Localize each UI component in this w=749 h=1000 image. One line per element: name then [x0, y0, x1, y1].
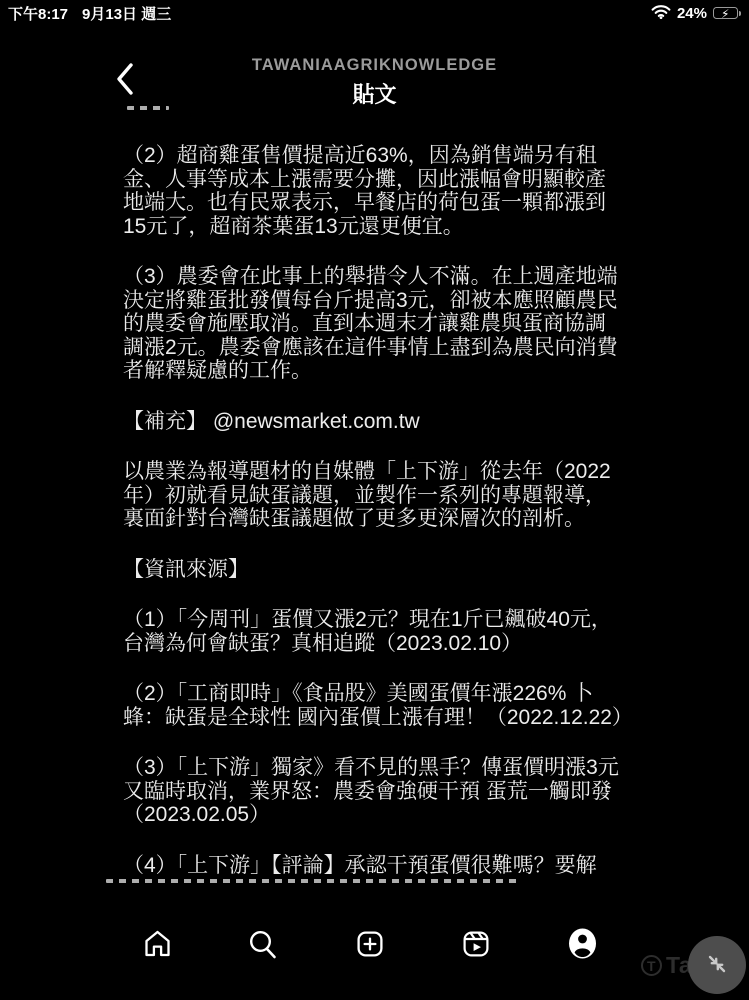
- nav-create-button[interactable]: [353, 928, 387, 962]
- post-paragraph: （3）農委會在此事上的舉措令人不滿。在上週產地端決定將雞蛋批發價每台斤提高3元，…: [123, 265, 626, 383]
- battery-percent: 24%: [677, 5, 707, 22]
- bottom-nav: [104, 912, 645, 1000]
- status-date: 9月13日 週三: [82, 3, 171, 24]
- charging-bolt-icon: ⚡: [721, 7, 729, 21]
- header-username: TAWANIAAGRIKNOWLEDGE: [104, 56, 645, 75]
- create-post-icon: [354, 928, 386, 963]
- post-paragraph: （1）「今周刊」蛋價又漲2元？現在1斤已飆破40元，台灣為何會缺蛋？真相追蹤（2…: [123, 608, 626, 655]
- chevron-left-icon: [115, 62, 135, 99]
- status-bar: 下午8:17 9月13日 週三 24% ⚡: [0, 0, 749, 24]
- nav-profile-button[interactable]: [565, 928, 599, 962]
- tasker-logo-icon: T: [641, 955, 662, 976]
- app-column: TAWANIAAGRIKNOWLEDGE 貼文 （2）超商雞蛋售價提高近63%，…: [104, 24, 645, 1000]
- profile-icon: [566, 926, 599, 964]
- collapse-button[interactable]: [688, 936, 746, 994]
- post-paragraph: （2）「工商即時」《食品股》美國蛋價年漲226% 卜蜂：缺蛋是全球性 國內蛋價上…: [123, 682, 626, 729]
- nav-reels-button[interactable]: [459, 928, 493, 962]
- battery-icon: ⚡: [713, 7, 741, 20]
- collapse-arrows-icon: [702, 949, 732, 982]
- home-icon: [141, 928, 174, 963]
- post-header: TAWANIAAGRIKNOWLEDGE 貼文: [104, 24, 645, 104]
- nav-search-button[interactable]: [246, 928, 280, 962]
- nav-home-button[interactable]: [140, 928, 174, 962]
- wifi-icon: [651, 4, 671, 23]
- post-paragraph: （3）「上下游」獨家》看不見的黑手？傳蛋價明漲3元又臨時取消，業界怒：農委會強硬…: [123, 756, 626, 827]
- post-paragraph: 【資訊來源】: [123, 558, 626, 582]
- post-paragraph: （4）「上下游」【評論】承認干預蛋價很難嗎？要解: [123, 854, 626, 878]
- search-icon: [247, 928, 279, 963]
- post-content[interactable]: （2）超商雞蛋售價提高近63%，因為銷售端另有租金、人事等成本上漲需要分攤，因此…: [104, 103, 645, 910]
- clipped-text-line-bottom: [106, 879, 521, 883]
- post-paragraph: 以農業為報導題材的自媒體「上下游」從去年（2022年）初就看見缺蛋議題，並製作一…: [123, 460, 626, 531]
- clipped-text-line-top: [127, 106, 169, 110]
- post-paragraph: 【補充】 @newsmarket.com.tw: [123, 410, 626, 434]
- post-paragraph: （2）超商雞蛋售價提高近63%，因為銷售端另有租金、人事等成本上漲需要分攤，因此…: [123, 144, 626, 238]
- reels-icon: [460, 928, 492, 963]
- instagram-post-screen: 下午8:17 9月13日 週三 24% ⚡: [0, 0, 749, 1000]
- status-time: 下午8:17: [8, 3, 68, 24]
- back-button[interactable]: [112, 62, 138, 98]
- post-text: （2）超商雞蛋售價提高近63%，因為銷售端另有租金、人事等成本上漲需要分攤，因此…: [104, 110, 645, 877]
